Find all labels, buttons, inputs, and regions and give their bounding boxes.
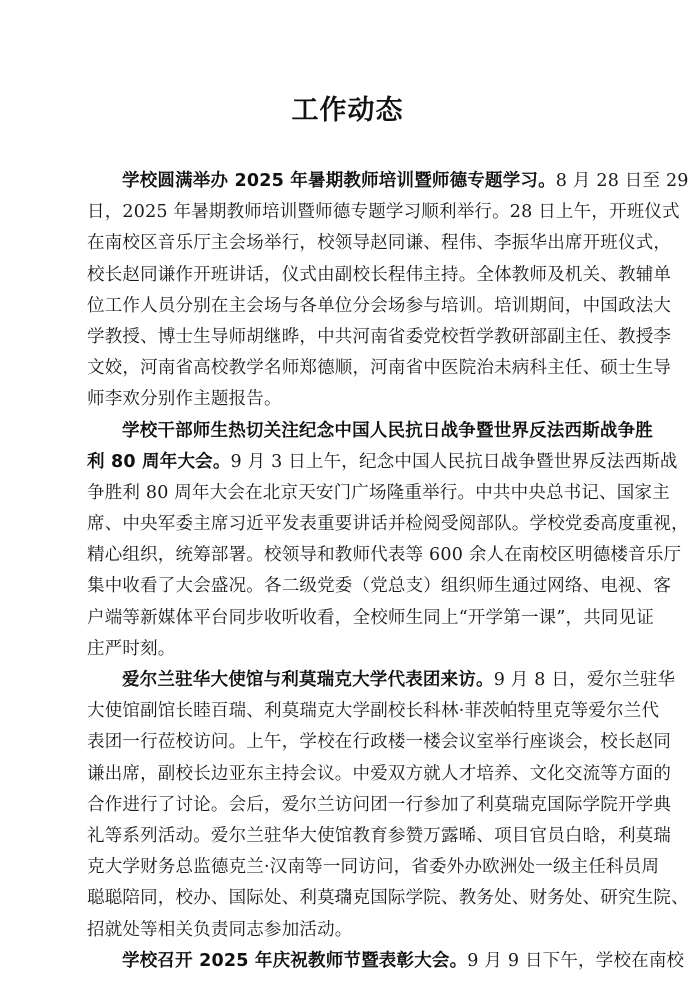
paragraph-line: 庄严时刻。: [87, 634, 603, 665]
paragraph-line: 学教授、博士生导师胡继晔，中共河南省委党校哲学教研部副主任、教授李: [87, 322, 603, 353]
section-heading: 学校圆满举办 2025 年暑期教师培训暨师德专题学习。: [122, 171, 556, 191]
paragraph-line: 精心组织，统筹部署。校领导和教师代表等 600 余人在南校区明德楼音乐厅: [87, 540, 603, 571]
section-heading: 学校召开 2025 年庆祝教师节暨表彰大会。: [122, 951, 467, 971]
paragraph-line: 礼等系列活动。爱尔兰驻华大使馆教育参赞万露晞、项目官员白晗，利莫瑞: [87, 821, 603, 852]
paragraph-line: 争胜利 80 周年大会在北京天安门广场隆重举行。中共中央总书记、国家主: [87, 478, 603, 509]
section-heading: 利 80 周年大会。: [87, 452, 231, 472]
paragraph-text: 8 月 28 日至 29: [556, 171, 689, 191]
paragraph-text: 9 月 3 日上午，纪念中国人民抗日战争暨世界反法西斯战: [231, 452, 678, 472]
paragraph-line: 文姣，河南省高校教学名师郑德顺，河南省中医院治未病科主任、硕士生导: [87, 353, 603, 384]
section-heading: 学校干部师生热切关注纪念中国人民抗日战争暨世界反法西斯战争胜: [87, 416, 603, 447]
paragraph-line: 表团一行莅校访问。上午，学校在行政楼一楼会议室举行座谈会，校长赵同: [87, 727, 603, 758]
paragraph-line: 合作进行了讨论。会后，爱尔兰访问团一行参加了利莫瑞克国际学院开学典: [87, 790, 603, 821]
paragraph-text: 9 月 8 日，爱尔兰驻华: [494, 670, 676, 690]
paragraph-line: 集中收看了大会盛况。各二级党委（党总支）组织师生通过网络、电视、客: [87, 571, 603, 602]
paragraph-line: 利 80 周年大会。9 月 3 日上午，纪念中国人民抗日战争暨世界反法西斯战: [87, 447, 603, 478]
paragraph-line: 谦出席，副校长边亚东主持会议。中爱双方就人才培养、文化交流等方面的: [87, 759, 603, 790]
paragraph-line: 大使馆副馆长睦百瑞、利莫瑞克大学副校长科林·菲茨帕特里克等爱尔兰代: [87, 696, 603, 727]
paragraph-line: 日，2025 年暑期教师培训暨师德专题学习顺利举行。28 日上午，开班仪式: [87, 197, 603, 228]
document-body: 学校圆满举办 2025 年暑期教师培训暨师德专题学习。8 月 28 日至 29 …: [87, 166, 603, 977]
paragraph-line: 招就处等相关负责同志参加活动。: [87, 915, 603, 946]
paragraph-line: 校长赵同谦作开班讲话，仪式由副校长程伟主持。全体教师及机关、教辅单: [87, 260, 603, 291]
paragraph-line: 学校圆满举办 2025 年暑期教师培训暨师德专题学习。8 月 28 日至 29: [87, 166, 603, 197]
paragraph-line: 位工作人员分别在主会场与各单位分会场参与培训。培训期间，中国政法大: [87, 291, 603, 322]
paragraph-line: 克大学财务总监德克兰·汉南等一同访问，省委外办欧洲处一级主任科员周: [87, 852, 603, 883]
paragraph-line: 爱尔兰驻华大使馆与利莫瑞克大学代表团来访。9 月 8 日，爱尔兰驻华: [87, 665, 603, 696]
paragraph-line: 学校召开 2025 年庆祝教师节暨表彰大会。9 月 9 日下午，学校在南校: [87, 946, 603, 977]
paragraph-line: 席、中央军委主席习近平发表重要讲话并检阅受阅部队。学校党委高度重视，: [87, 509, 603, 540]
page-number: - 3 -: [0, 888, 695, 904]
paragraph-line: 师李欢分别作主题报告。: [87, 384, 603, 415]
paragraph-line: 户端等新媒体平台同步收听收看，全校师生同上“开学第一课”，共同见证: [87, 603, 603, 634]
section-heading: 爱尔兰驻华大使馆与利莫瑞克大学代表团来访。: [122, 670, 494, 690]
paragraph-line: 在南校区音乐厅主会场举行，校领导赵同谦、程伟、李振华出席开班仪式，: [87, 228, 603, 259]
paragraph-text: 9 月 9 日下午，学校在南校: [467, 951, 684, 971]
page-title: 工作动态: [0, 88, 695, 127]
